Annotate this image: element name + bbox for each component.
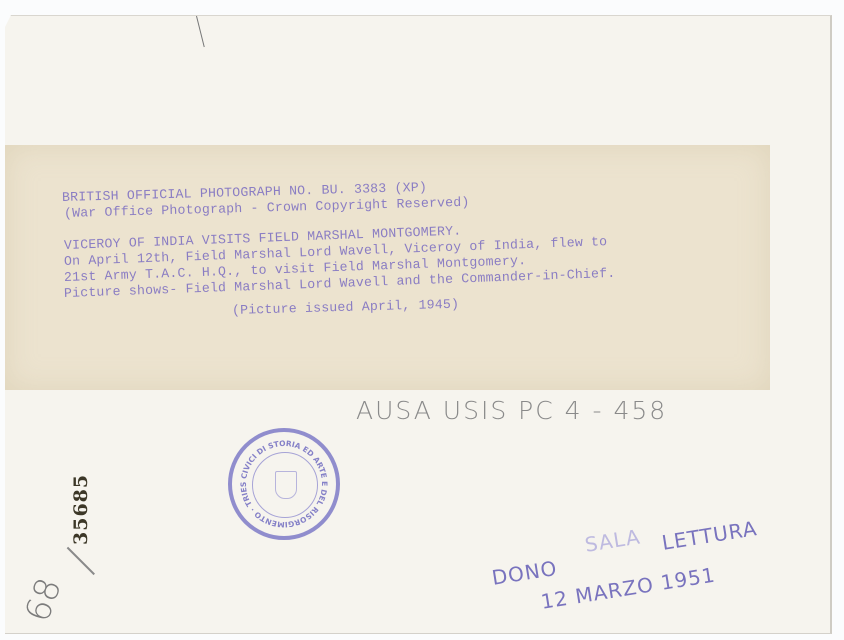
inventory-number-stamp: 35685 — [70, 474, 92, 545]
museum-seal-stamp: CIVICI DI STORIA ED ARTE E DEL RISORGIME… — [228, 428, 340, 540]
crest-shield-icon — [275, 471, 297, 499]
seal-inner-ring — [252, 452, 318, 518]
pencil-archive-note: AUSA USIS PC 4 - 458 — [356, 396, 667, 425]
